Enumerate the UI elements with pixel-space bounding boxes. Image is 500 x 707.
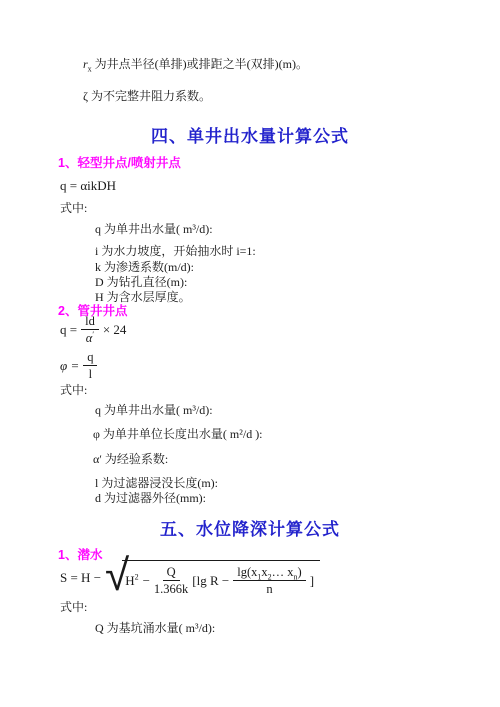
intro-line-zeta: ζ 为不完整井阻力系数。 [83,89,211,103]
radicand-minus: − [143,573,150,589]
section4-title: 四、单井出水量计算公式 [0,122,500,147]
formula-drawdown: S = H − √ H2 − Q 1.366k [lg R − lg(x1x2…… [60,560,320,597]
intro-line-r: rx 为井点半径(单排)或排距之半(双排)(m)。 [83,57,308,71]
def-line: q 为单井出水量( m³/d): [95,401,213,418]
square-root: √ H2 − Q 1.366k [lg R − lg(x1x2… xn) n ] [105,560,320,597]
fr2-denominator: n [266,581,272,596]
document-page: rx 为井点半径(单排)或排距之半(双排)(m)。 ζ 为不完整井阻力系数。 四… [0,0,500,707]
formula2-numerator: ld [81,314,99,330]
formula3-numerator: q [83,350,97,366]
radicand: H2 − Q 1.366k [lg R − lg(x1x2… xn) n ] [122,560,320,597]
intro-line-r-text: 为井点半径(单排)或排距之半(双排)(m)。 [95,57,308,71]
fraction-lg-over-n: lg(x1x2… xn) n [233,565,305,597]
fr2-numerator: lg(x1x2… xn) [233,565,305,581]
symbol-r-subscript: x [88,64,92,73]
bracket-open: [lg R − [192,573,229,589]
section5-title: 五、水位降深计算公式 [0,515,500,540]
def-line: α′ 为经验系数: [93,450,168,467]
where-label-2: 式中: [60,383,87,397]
def-line-Q: Q 为基坑涌水量( m³/d): [95,619,215,636]
def-line: q 为单井出水量( m³/d): [95,220,213,237]
section4-subheading-1: 1、轻型井点/喷射井点 [58,153,181,171]
bracket-close: ] [310,573,314,589]
fraction-q-over-k: Q 1.366k [154,565,188,597]
formula3-denominator: l [89,366,92,381]
formula-q-aikdh-text: q = αikDH [60,178,116,194]
formula-phi-q-l: φ = q l [60,350,97,382]
def-line: i 为水力坡度，开始抽水时 i=1: [95,242,256,259]
radical-sign-icon: √ [105,559,129,592]
where-label-3: 式中: [60,600,87,614]
fr1-denominator: 1.366k [154,581,188,596]
fr1-numerator: Q [163,565,180,581]
formula2-tail: × 24 [103,322,127,338]
intro-line-zeta-text: ζ 为不完整井阻力系数。 [83,89,211,103]
formula-q-ld-alpha: q = ld α′ × 24 [60,314,126,346]
drawdown-lhs: S = H − [60,570,101,586]
formula2-lhs: q = [60,322,77,338]
def-line: d 为过滤器外径(mm): [95,489,206,506]
where-label-1: 式中: [60,201,87,215]
formula-q-aikdh: q = αikDH [60,178,116,194]
formula2-denominator: α′ [86,330,94,345]
formula2-fraction: ld α′ [81,314,99,346]
alpha-prime: ′ [92,330,94,339]
formula3-lhs: φ = [60,358,79,374]
def-line: φ 为单井单位长度出水量( m²/d ): [93,425,263,442]
formula3-fraction: q l [83,350,97,382]
